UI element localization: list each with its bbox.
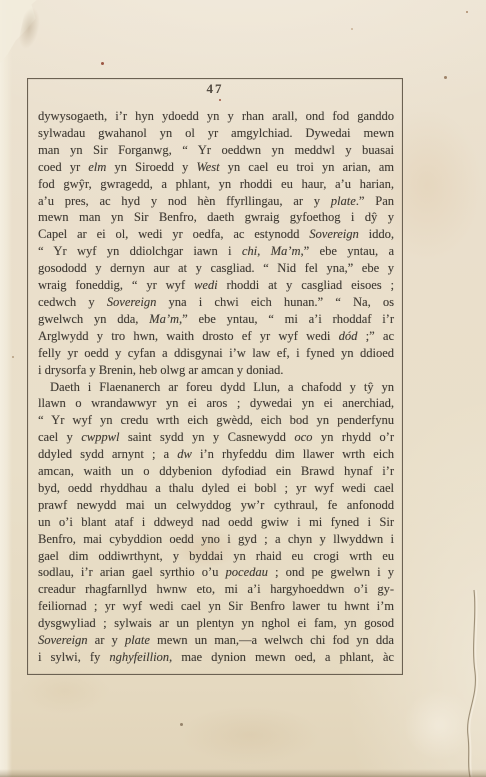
text-line: cedwch y Sovereign yna i chwi eich hunan… [38,294,394,311]
text-line: byd, oedd rhyddhau a thalu dyled ei bobl… [38,480,394,497]
text-block: dywysogaeth, i’r hyn ydoedd yn y rhan ar… [38,108,394,666]
text-line: ddyled sydd arnynt ; a dw i’n rhyfeddu d… [38,446,394,463]
text-line: “ Yr wyf yn credu wrth eich gwèdd, eich … [38,412,394,429]
text-line: gael dim oddiwrthynt, y byddai yn rhaid … [38,548,394,565]
text-line: i drysorfa y Brenin, heb olwg ar amcan y… [38,362,394,379]
text-line: sylwadau gwahanol yn ol yr amgylchiad. D… [38,125,394,142]
foxing-speck [444,76,447,79]
text-line: amcan, waith un o ddybenion dyfodiad ein… [38,463,394,480]
paper-stain [180,706,320,764]
text-line: prawf newydd mai un celwyddog yw’r cythr… [38,497,394,514]
foxing-speck [12,356,14,358]
scan-bottom-shadow [0,769,486,777]
page-number: 47 [28,81,402,97]
text-line: feiliornad ; yr wyf wedi cael yn Sir Ben… [38,598,394,615]
foxing-speck [180,723,183,726]
torn-corner-shadow [14,4,51,66]
text-line: wraig foneddig, “ yr wyf wedi rhoddi at … [38,277,394,294]
text-line: Sovereign ar y plate mewn un man,—a welw… [38,632,394,649]
foxing-speck [466,11,468,13]
foxing-speck [101,62,104,65]
text-line: un o’i blant ataf i ddweyd nad oedd gwiw… [38,514,394,531]
text-line: Daeth i Flaenanerch ar foreu dydd Llun, … [38,379,394,396]
text-line: llawn o wrandawwyr yn ei aros ; dywedai … [38,395,394,412]
foxing-speck [351,28,353,30]
scanned-book-page: 47 dywysogaeth, i’r hyn ydoedd yn y rhan… [0,0,486,777]
text-line: coed yr elm yn Siroedd y West yn cael eu… [38,159,394,176]
text-line: Capel ar ei ol, wedi yr oedfa, ac estyno… [38,226,394,243]
text-line: gwelwch yn dda, Ma’m,” ebe yntau, “ mi a… [38,311,394,328]
text-line: mewn man yn Sir Benfro, daeth gwraig gyf… [38,209,394,226]
text-line: a’u pres, ac hyd y nod hèn ffyrllingau, … [38,193,394,210]
torn-corner-top-left [0,0,46,70]
text-line: dysgwyliad ; sylwais ar un plentyn yn ng… [38,615,394,632]
page-left-edge [0,0,12,777]
text-line: cael y cwppwl saint sydd yn y Casnewydd … [38,429,394,446]
text-line: creadur rhagfarnllyd hwnw eto, mi a’i ha… [38,581,394,598]
paper-stain [404,690,474,760]
text-line: i sylwi, fy nghyfeillion, mae dynion mew… [38,649,394,666]
text-line: gosododd y dernyn aur at y casgliad. “ N… [38,260,394,277]
text-line: dywysogaeth, i’r hyn ydoedd yn y rhan ar… [38,108,394,125]
text-line: Benfro, mai cybyddion oedd yno i gyd ; a… [38,531,394,548]
text-line: fod gwŷr, gwragedd, a phlant, yn rhoddi … [38,176,394,193]
text-frame: 47 dywysogaeth, i’r hyn ydoedd yn y rhan… [27,78,403,675]
text-line: felly yr oedd y cyfan a ddisgynai i’w la… [38,345,394,362]
text-line: man yn Sir Forganwg, “ Yr oeddwn yn medd… [38,142,394,159]
text-line: sodlau, i’r arian gael syrthio o’u poced… [38,564,394,581]
text-line: “ Yr wyf yn ddiolchgar iawn i chi, Ma’m,… [38,243,394,260]
text-line: Arglwydd y tro hwn, waith drosto ef yr w… [38,328,394,345]
